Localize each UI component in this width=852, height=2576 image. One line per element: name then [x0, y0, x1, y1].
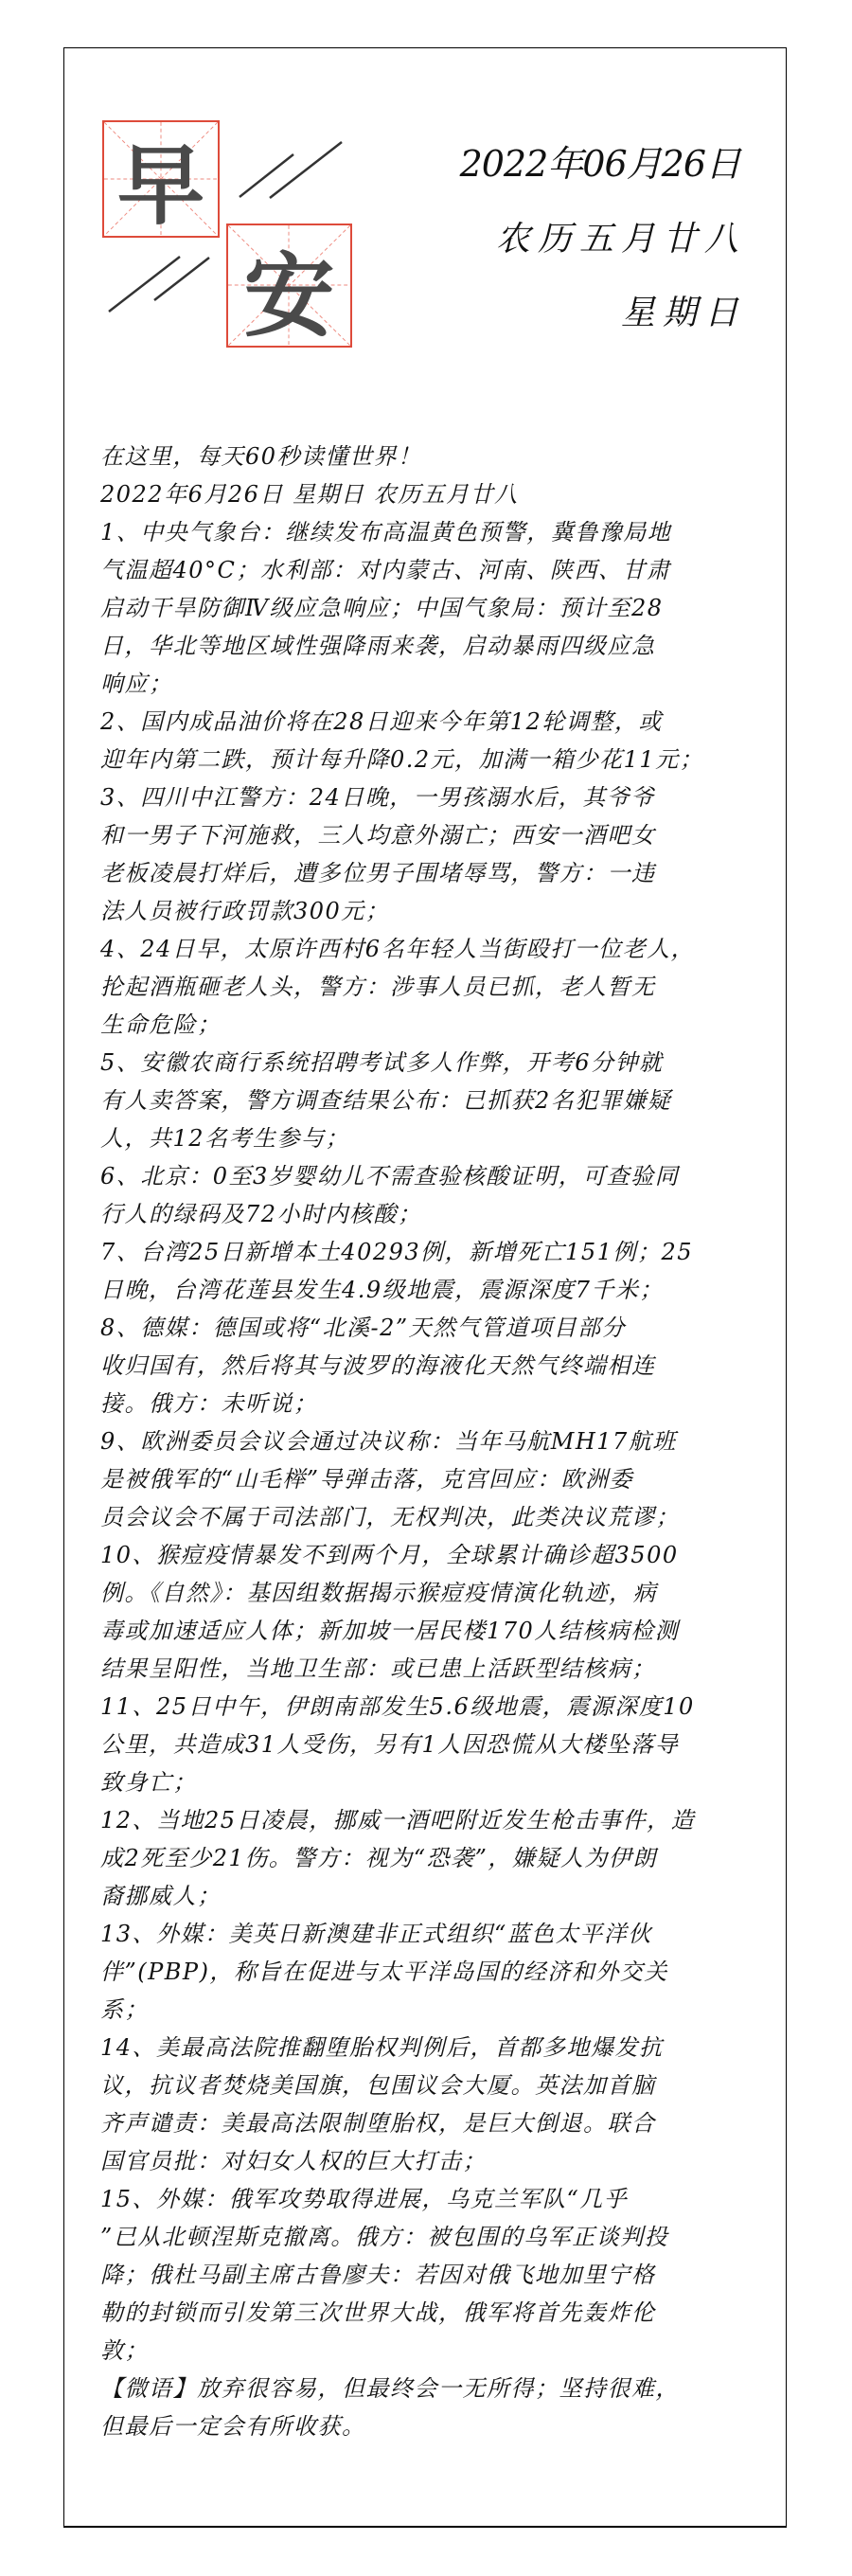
news-line: 老板凌晨打烊后，遭多位男子围堵辱骂，警方：一违 — [100, 854, 774, 892]
news-line: 行人的绿码及72小时内核酸； — [100, 1195, 774, 1233]
news-line: 法人员被行政罚款300元； — [100, 892, 774, 930]
news-line: 收归国有，然后将其与波罗的海液化天然气终端相连 — [100, 1347, 774, 1385]
news-line: 抡起酒瓶砸老人头，警方：涉事人员已抓，老人暂无 — [100, 968, 774, 1006]
news-line: 接。俄方：未听说； — [100, 1385, 774, 1422]
greeting-char-box-zao: 早 — [102, 120, 220, 238]
news-line: 8、德媒：德国或将“北溪-2”天然气管道项目部分 — [100, 1309, 774, 1347]
news-line: 和一男子下河施救，三人均意外溺亡；西安一酒吧女 — [100, 816, 774, 854]
greeting-char-zao: 早 — [104, 122, 218, 236]
news-line: 日，华北等地区域性强降雨来袭，启动暴雨四级应急 — [100, 627, 774, 665]
news-line: 日晚，台湾花莲县发生4.9级地震，震源深度7千米； — [100, 1271, 774, 1309]
news-line: 12、当地25日凌晨，挪威一酒吧附近发生枪击事件，造 — [100, 1801, 774, 1839]
news-line: 启动干旱防御Ⅳ级应急响应；中国气象局：预计至28 — [100, 589, 774, 627]
news-line: 11、25日中午，伊朗南部发生5.6级地震，震源深度10 — [100, 1688, 774, 1726]
news-line: 国官员批：对妇女人权的巨大打击； — [100, 2142, 774, 2180]
news-line: 但最后一定会有所收获。 — [100, 2407, 774, 2445]
news-line: 生命危险； — [100, 1006, 774, 1044]
news-line: 齐声谴责：美最高法限制堕胎权，是巨大倒退。联合 — [100, 2104, 774, 2142]
news-line: 13、外媒：美英日新澳建非正式组织“蓝色太平洋伙 — [100, 1915, 774, 1953]
news-line: 有人卖答案，警方调查结果公布：已抓获2名犯罪嫌疑 — [100, 1082, 774, 1119]
news-line: 7、台湾25日新增本土40293例，新增死亡151例；25 — [100, 1233, 774, 1271]
news-line: 致身亡； — [100, 1763, 774, 1801]
news-line: 毒或加速适应人体；新加坡一居民楼170人结核病检测 — [100, 1612, 774, 1650]
news-line: ”已从北顿涅斯克撤离。俄方：被包围的乌军正谈判投 — [100, 2218, 774, 2256]
news-body: 在这里，每天60秒读懂世界！2022年6月26日 星期日 农历五月廿八1、中央气… — [100, 438, 774, 2445]
news-line: 4、24日早，太原许西村6名年轻人当街殴打一位老人， — [100, 930, 774, 968]
news-line: 9、欧洲委员会议会通过决议称：当年马航MH17航班 — [100, 1422, 774, 1460]
news-line: 结果呈阳性，当地卫生部：或已患上活跃型结核病； — [100, 1650, 774, 1688]
greeting-char-an: 安 — [228, 225, 350, 346]
news-line: 系； — [100, 1991, 774, 2029]
news-line: 裔挪威人； — [100, 1877, 774, 1915]
news-line: 例。《自然》：基因组数据揭示猴痘疫情演化轨迹，病 — [100, 1574, 774, 1612]
news-line: 降；俄杜马副主席古鲁廖夫：若因对俄飞地加里宁格 — [100, 2256, 774, 2294]
news-line: 人，共12名考生参与； — [100, 1119, 774, 1157]
news-line: 公里，共造成31人受伤，另有1人因恐慌从大楼坠落导 — [100, 1726, 774, 1763]
news-line: 3、四川中江警方：24日晚，一男孩溺水后，其爷爷 — [100, 778, 774, 816]
news-line: 气温超40°C；水利部：对内蒙古、河南、陕西、甘肃 — [100, 551, 774, 589]
news-line: 在这里，每天60秒读懂世界！ — [100, 438, 774, 475]
news-line: 迎年内第二跌，预计每升降0.2元，加满一箱少花11元； — [100, 741, 774, 778]
news-line: 勒的封锁而引发第三次世界大战，俄军将首先轰炸伦 — [100, 2294, 774, 2332]
news-line: 员会议会不属于司法部门，无权判决，此类决议荒谬； — [100, 1498, 774, 1536]
news-line: 是被俄军的“山毛榉”导弹击落，克宫回应：欧洲委 — [100, 1460, 774, 1498]
news-line: 2022年6月26日 星期日 农历五月廿八 — [100, 475, 774, 513]
news-line: 14、美最高法院推翻堕胎权判例后，首都多地爆发抗 — [100, 2029, 774, 2066]
greeting-char-box-an: 安 — [226, 224, 352, 348]
news-line: 6、北京：0至3岁婴幼儿不需查验核酸证明，可查验同 — [100, 1157, 774, 1195]
news-line: 议，抗议者焚烧美国旗，包围议会大厦。英法加首脑 — [100, 2066, 774, 2104]
news-line: 15、外媒：俄军攻势取得进展，乌克兰军队“几乎 — [100, 2180, 774, 2218]
news-line: 伴”(PBP)，称旨在促进与太平洋岛国的经济和外交关 — [100, 1953, 774, 1991]
news-line: 1、中央气象台：继续发布高温黄色预警，冀鲁豫局地 — [100, 513, 774, 551]
news-line: 2、国内成品油价将在28日迎来今年第12轮调整，或 — [100, 703, 774, 741]
header-lunar-date: 农历五月廿八 — [496, 212, 746, 260]
news-line: 敦； — [100, 2332, 774, 2370]
news-line: 响应； — [100, 665, 774, 703]
news-line: 【微语】放弃很容易，但最终会一无所得；坚持很难， — [100, 2370, 774, 2407]
news-line: 10、猴痘疫情暴发不到两个月，全球累计确诊超3500 — [100, 1536, 774, 1574]
news-line: 5、安徽农商行系统招聘考试多人作弊，开考6分钟就 — [100, 1044, 774, 1082]
header-weekday: 星期日 — [621, 286, 746, 334]
header-date: 2022年06月26日 — [460, 134, 740, 187]
news-line: 成2死至少21伤。警方：视为“恐袭”，嫌疑人为伊朗 — [100, 1839, 774, 1877]
